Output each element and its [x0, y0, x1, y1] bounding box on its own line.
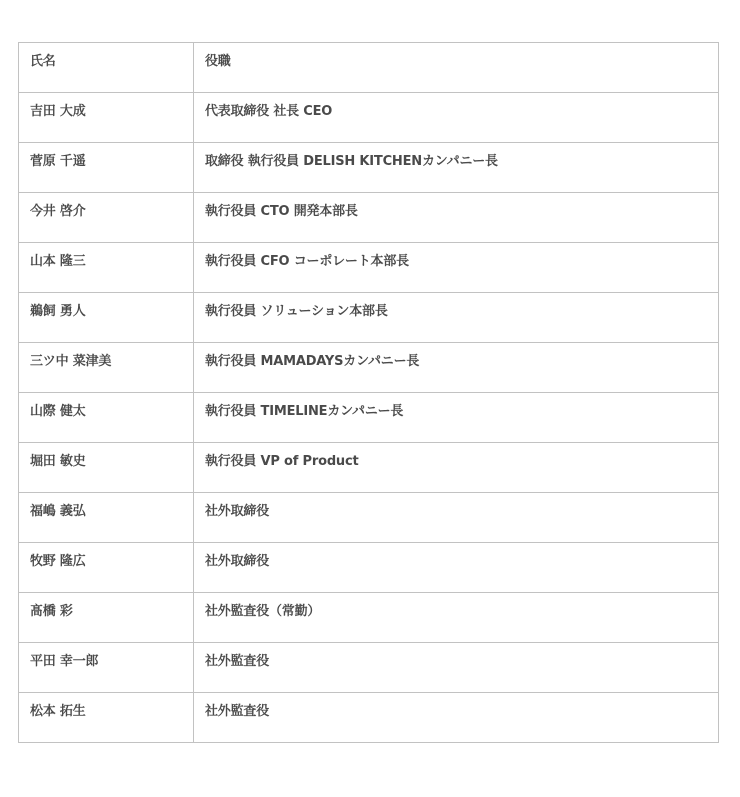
officer-title: 社外監査役	[205, 693, 718, 718]
name-cell: 福嶋 義弘	[19, 493, 194, 543]
header-title-label: 役職	[205, 43, 718, 68]
officer-name: 牧野 隆広	[30, 543, 193, 568]
table-row: 吉田 大成 代表取締役 社長 CEO	[19, 93, 719, 143]
title-cell: 執行役員 TIMELINEカンパニー長	[194, 393, 719, 443]
officer-title: 執行役員 VP of Product	[205, 443, 718, 468]
name-cell: 鵜飼 勇人	[19, 293, 194, 343]
officer-name: 松本 拓生	[30, 693, 193, 718]
officer-name: 吉田 大成	[30, 93, 193, 118]
title-cell: 社外監査役	[194, 693, 719, 743]
officer-name: 福嶋 義弘	[30, 493, 193, 518]
table-row: 山際 健太 執行役員 TIMELINEカンパニー長	[19, 393, 719, 443]
title-cell: 社外監査役	[194, 643, 719, 693]
title-cell: 執行役員 CTO 開発本部長	[194, 193, 719, 243]
officer-name: 鵜飼 勇人	[30, 293, 193, 318]
table-row: 堀田 敏史 執行役員 VP of Product	[19, 443, 719, 493]
officer-title: 代表取締役 社長 CEO	[205, 93, 718, 118]
title-cell: 執行役員 CFO コーポレート本部長	[194, 243, 719, 293]
table-row: 山本 隆三 執行役員 CFO コーポレート本部長	[19, 243, 719, 293]
title-cell: 執行役員 ソリューション本部長	[194, 293, 719, 343]
title-cell: 社外取締役	[194, 543, 719, 593]
table-header-row: 氏名 役職	[19, 43, 719, 93]
header-name-label: 氏名	[30, 43, 193, 68]
name-cell: 菅原 千遥	[19, 143, 194, 193]
officer-title: 執行役員 ソリューション本部長	[205, 293, 718, 318]
table-row: 菅原 千遥 取締役 執行役員 DELISH KITCHENカンパニー長	[19, 143, 719, 193]
officer-name: 菅原 千遥	[30, 143, 193, 168]
table-row: 髙橋 彩 社外監査役（常勤）	[19, 593, 719, 643]
officer-name: 髙橋 彩	[30, 593, 193, 618]
officer-name: 三ツ中 菜津美	[30, 343, 193, 368]
table-row: 鵜飼 勇人 執行役員 ソリューション本部長	[19, 293, 719, 343]
officer-name: 山際 健太	[30, 393, 193, 418]
header-title-cell: 役職	[194, 43, 719, 93]
officer-title: 社外監査役	[205, 643, 718, 668]
table-row: 牧野 隆広 社外取締役	[19, 543, 719, 593]
title-cell: 社外取締役	[194, 493, 719, 543]
officer-title: 執行役員 CFO コーポレート本部長	[205, 243, 718, 268]
name-cell: 山際 健太	[19, 393, 194, 443]
title-cell: 執行役員 MAMADAYSカンパニー長	[194, 343, 719, 393]
table-row: 三ツ中 菜津美 執行役員 MAMADAYSカンパニー長	[19, 343, 719, 393]
officers-table: 氏名 役職 吉田 大成 代表取締役 社長 CEO 菅原 千遥 取締役 執行役員 …	[18, 42, 719, 743]
officer-title: 社外監査役（常勤）	[205, 593, 718, 618]
title-cell: 取締役 執行役員 DELISH KITCHENカンパニー長	[194, 143, 719, 193]
title-cell: 社外監査役（常勤）	[194, 593, 719, 643]
officer-title: 取締役 執行役員 DELISH KITCHENカンパニー長	[205, 143, 718, 168]
officer-title: 執行役員 MAMADAYSカンパニー長	[205, 343, 718, 368]
officer-title: 執行役員 CTO 開発本部長	[205, 193, 718, 218]
title-cell: 執行役員 VP of Product	[194, 443, 719, 493]
name-cell: 平田 幸一郎	[19, 643, 194, 693]
table-row: 松本 拓生 社外監査役	[19, 693, 719, 743]
officer-title: 執行役員 TIMELINEカンパニー長	[205, 393, 718, 418]
name-cell: 堀田 敏史	[19, 443, 194, 493]
officer-title: 社外取締役	[205, 543, 718, 568]
table-row: 平田 幸一郎 社外監査役	[19, 643, 719, 693]
name-cell: 髙橋 彩	[19, 593, 194, 643]
name-cell: 三ツ中 菜津美	[19, 343, 194, 393]
officer-name: 平田 幸一郎	[30, 643, 193, 668]
table-row: 福嶋 義弘 社外取締役	[19, 493, 719, 543]
name-cell: 吉田 大成	[19, 93, 194, 143]
name-cell: 牧野 隆広	[19, 543, 194, 593]
title-cell: 代表取締役 社長 CEO	[194, 93, 719, 143]
header-name-cell: 氏名	[19, 43, 194, 93]
officer-title: 社外取締役	[205, 493, 718, 518]
name-cell: 今井 啓介	[19, 193, 194, 243]
officer-name: 堀田 敏史	[30, 443, 193, 468]
officer-name: 山本 隆三	[30, 243, 193, 268]
officer-name: 今井 啓介	[30, 193, 193, 218]
name-cell: 松本 拓生	[19, 693, 194, 743]
name-cell: 山本 隆三	[19, 243, 194, 293]
table-row: 今井 啓介 執行役員 CTO 開発本部長	[19, 193, 719, 243]
